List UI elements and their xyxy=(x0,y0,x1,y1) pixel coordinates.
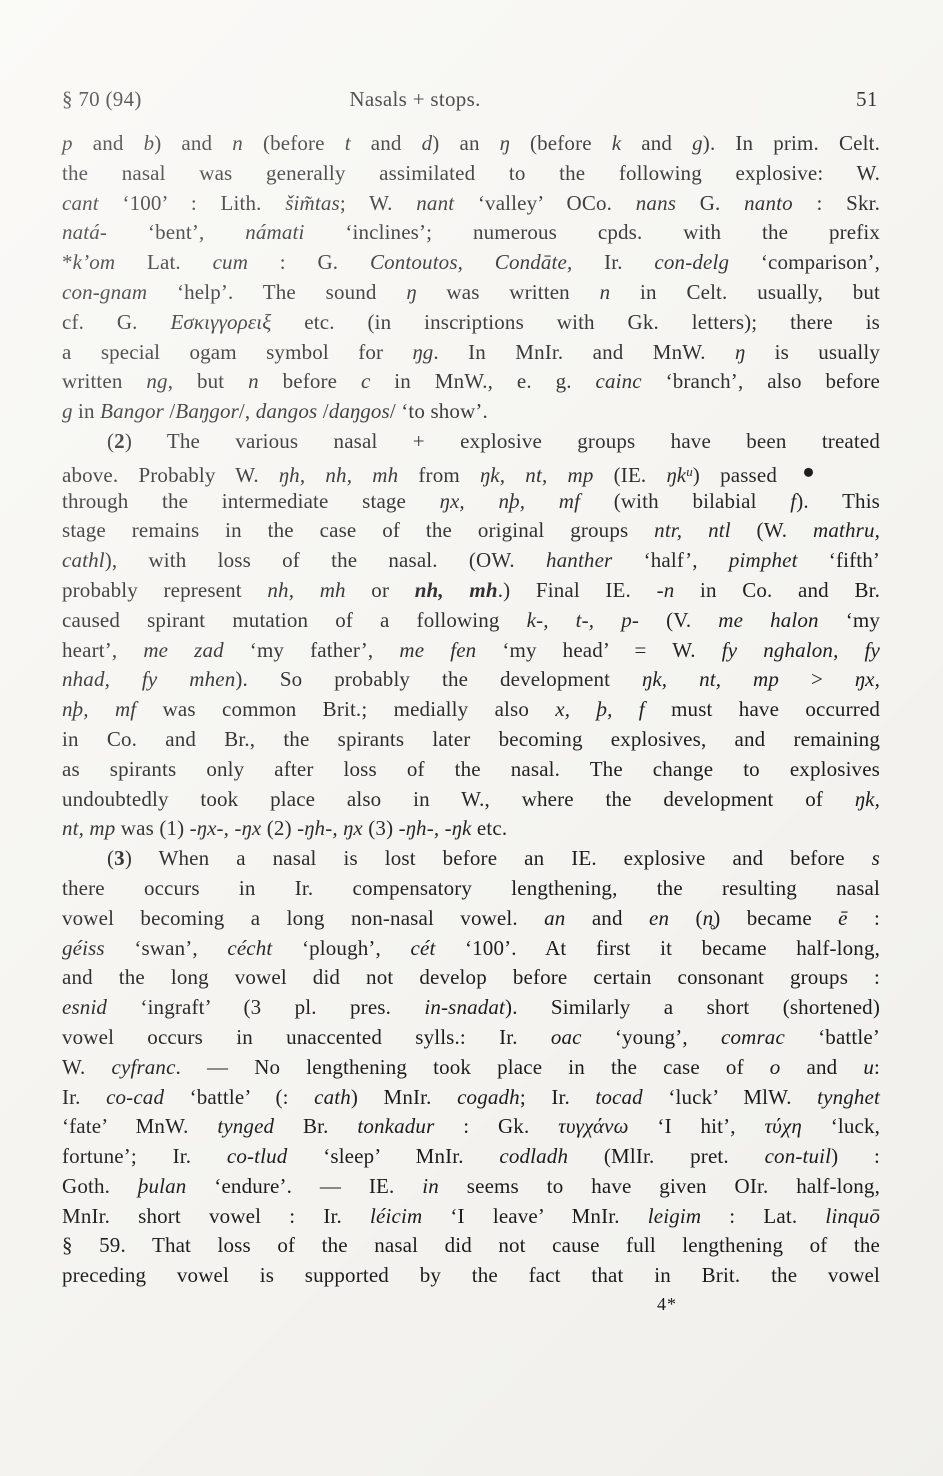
text-line: preceding vowel is supported by the fact… xyxy=(62,1261,880,1291)
text-run: ‘inclines’; numerous cpds. with the pref… xyxy=(304,220,880,244)
text-run: nþ, mf xyxy=(62,697,136,721)
text-line: as spirants only after loss of the nasal… xyxy=(62,755,880,785)
text-run: there occurs in Ir. compensatory lengthe… xyxy=(62,876,880,900)
text-line: Ir. co-cad ‘battle’ (: cath) MnIr. cogad… xyxy=(62,1083,880,1113)
text-line: *k’om Lat. cum : G. Contoutos, Condāte, … xyxy=(62,248,880,278)
text-run: pimphet xyxy=(729,548,798,572)
text-run: in Celt. usually, but xyxy=(610,280,880,304)
text-run: vowel becoming a long non-nasal vowel. xyxy=(62,906,544,930)
text-run: Baŋgor xyxy=(175,399,239,423)
text-run: . — No lengthening took place in the cas… xyxy=(176,1055,770,1079)
text-run: in Co. and Br., the spirants later becom… xyxy=(62,727,880,751)
text-run: ‘battle’ (: xyxy=(164,1085,314,1109)
text-run: and xyxy=(73,131,144,155)
text-run: (W. xyxy=(731,518,813,542)
text-run: and xyxy=(565,906,649,930)
text-run: con-gnam xyxy=(62,280,147,304)
text-run: ‘luck, xyxy=(802,1114,880,1138)
text-run: Ir. xyxy=(572,250,654,274)
text-run: and xyxy=(351,131,422,155)
text-run: / xyxy=(317,399,328,423)
text-run: : Gk. xyxy=(434,1114,558,1138)
text-run: x, þ, f xyxy=(555,697,644,721)
text-run: ŋk, nt, mp xyxy=(480,463,593,487)
text-run: c xyxy=(361,369,370,393)
text-run: hanther xyxy=(546,548,612,572)
text-run: fortune’; Ir. xyxy=(62,1144,227,1168)
text-run: cét xyxy=(411,936,436,960)
text-run: (2) xyxy=(261,816,297,840)
text-run: ), with loss of the nasal. (OW. xyxy=(105,548,546,572)
text-run: * xyxy=(62,250,73,274)
text-run: § 59. That loss of the nasal did not cau… xyxy=(62,1233,880,1257)
text-run: and xyxy=(621,131,692,155)
text-run: seems to have given OIr. half-long, xyxy=(439,1174,880,1198)
text-line: § 59. That loss of the nasal did not cau… xyxy=(62,1231,880,1261)
text-run: a special ogam symbol for xyxy=(62,340,412,364)
text-line: undoubtedly took place also in W., where… xyxy=(62,785,880,815)
text-run: ). Similarly a short (shortened) xyxy=(505,995,880,1019)
text-run: MnIr. short vowel : Ir. xyxy=(62,1204,370,1228)
text-line: probably represent nh, mh or nh, mh.) Fi… xyxy=(62,576,880,606)
text-run: oac xyxy=(551,1025,582,1049)
text-run: fy nghalon, fy xyxy=(722,638,880,662)
text-run: cécht xyxy=(227,936,272,960)
text-run: ŋk, nt, mp xyxy=(642,667,779,691)
text-run: ; Ir. xyxy=(520,1085,596,1109)
text-run: mathru, xyxy=(813,518,880,542)
text-run: con-delg xyxy=(654,250,729,274)
text-run: ). This xyxy=(796,489,880,513)
text-run: from xyxy=(398,463,480,487)
text-line: esnid ‘ingraft’ (3 pl. pres. in-snadat).… xyxy=(62,993,880,1023)
paragraph: p and b) and n (before t and d) an ŋ (be… xyxy=(62,129,880,427)
text-run: natá- xyxy=(62,220,107,244)
text-run: con-tuil xyxy=(765,1144,832,1168)
text-line: g in Bangor /Baŋgor/, dangos /daŋgos/ ‘t… xyxy=(62,397,880,427)
text-run: námati xyxy=(245,220,304,244)
text-run: d xyxy=(422,131,433,155)
text-run: ‘valley’ OCo. xyxy=(454,191,636,215)
text-run: nh, mh xyxy=(415,578,498,602)
text-run: n xyxy=(248,369,259,393)
text-run: cogadh xyxy=(457,1085,520,1109)
text-run: τύχη xyxy=(764,1114,801,1138)
text-run: ‘bent’, xyxy=(107,220,245,244)
text-run: probably represent xyxy=(62,578,267,602)
text-line: written ng, but n before c in MnW., e. g… xyxy=(62,367,880,397)
text-run: daŋgos xyxy=(329,399,390,423)
text-line: con-gnam ‘help’. The sound ŋ was written… xyxy=(62,278,880,308)
text-run: k’om xyxy=(73,250,116,274)
text-run: tocad xyxy=(595,1085,642,1109)
text-run: k xyxy=(612,131,621,155)
text-line: ‘fate’ MnW. tynged Br. tonkadur : Gk. τυ… xyxy=(62,1112,880,1142)
text-run: / xyxy=(164,399,175,423)
margin-dot xyxy=(804,468,813,477)
text-run: ‘my xyxy=(819,608,880,632)
text-run: þulan xyxy=(138,1174,187,1198)
text-run: vowel occurs in unaccented sylls.: Ir. xyxy=(62,1025,551,1049)
text-run: ‘plough’, xyxy=(272,936,410,960)
text-run: ‘my head’ = W. xyxy=(476,638,721,662)
text-run: ‘fate’ MnW. xyxy=(62,1114,217,1138)
text-run: 2 xyxy=(114,429,125,453)
text-run: : xyxy=(874,1055,880,1079)
text-line: in Co. and Br., the spirants later becom… xyxy=(62,725,880,755)
text-run: in xyxy=(73,399,100,423)
text-run: ŋg xyxy=(412,340,433,364)
text-run: was written xyxy=(417,280,600,304)
text-run: ) passed xyxy=(693,463,777,487)
page-number: 51 xyxy=(856,84,878,114)
text-run: n xyxy=(600,280,611,304)
text-run: ) When a nasal is lost before an IE. exp… xyxy=(125,846,872,870)
text-run: me fen xyxy=(399,638,476,662)
text-run: šim̃tas xyxy=(285,191,340,215)
text-block: p and b) and n (before t and d) an ŋ (be… xyxy=(62,129,880,1291)
text-run: ‘100’ : Lith. xyxy=(99,191,285,215)
text-run: ‘help’. The sound xyxy=(147,280,406,304)
text-run: ) MnIr. xyxy=(351,1085,457,1109)
text-run: ŋx, nþ, mf xyxy=(440,489,580,513)
text-run: ‘comparison’, xyxy=(729,250,880,274)
page-header: § 70 (94) Nasals + stops. 51 xyxy=(62,84,880,114)
text-run: géiss xyxy=(62,936,105,960)
text-run: tonkadur xyxy=(357,1114,434,1138)
text-run: ‘fifth’ xyxy=(798,548,880,572)
text-run: ‘half’, xyxy=(612,548,729,572)
text-line: fortune’; Ir. co-tlud ‘sleep’ MnIr. codl… xyxy=(62,1142,880,1172)
text-run: undoubtedly took place also in W., where… xyxy=(62,787,855,811)
text-run: stage remains in the case of the origina… xyxy=(62,518,654,542)
text-run: in Co. and Br. xyxy=(674,578,880,602)
text-run: linquō xyxy=(825,1204,880,1228)
text-line: Goth. þulan ‘endure’. — IE. in seems to … xyxy=(62,1172,880,1202)
text-run: léicim xyxy=(370,1204,422,1228)
paragraph: (3) When a nasal is lost before an IE. e… xyxy=(62,844,880,1291)
text-line: (2) The various nasal + explosive groups… xyxy=(62,427,880,457)
text-run: : Lat. xyxy=(701,1204,825,1228)
text-run: dangos xyxy=(256,399,318,423)
text-run: (before xyxy=(510,131,612,155)
text-run: cathl xyxy=(62,548,105,572)
text-run: g xyxy=(62,399,73,423)
text-run: above. Probably W. xyxy=(62,463,279,487)
text-run: caused spirant mutation of a following xyxy=(62,608,527,632)
text-run: (before xyxy=(243,131,345,155)
text-run: n xyxy=(232,131,243,155)
text-run: -ŋh-, -ŋk xyxy=(399,816,472,840)
text-run: -ŋx-, -ŋx xyxy=(190,816,262,840)
text-run: ‘I hit’, xyxy=(629,1114,765,1138)
text-run: nant xyxy=(416,191,454,215)
text-run: in-snadat xyxy=(424,995,505,1019)
text-run: an xyxy=(544,906,565,930)
text-run: is usually xyxy=(745,340,880,364)
text-run: heart’, xyxy=(62,638,143,662)
text-run: ŋ xyxy=(500,131,510,155)
text-run: esnid xyxy=(62,995,107,1019)
text-run: (with bilabial xyxy=(580,489,790,513)
text-run: G. xyxy=(676,191,744,215)
text-run: co-tlud xyxy=(227,1144,288,1168)
text-run: ŋx, xyxy=(855,667,880,691)
text-line: caused spirant mutation of a following k… xyxy=(62,606,880,636)
text-line: and the long vowel did not develop befor… xyxy=(62,963,880,993)
text-run: (MlIr. pret. xyxy=(568,1144,764,1168)
text-run: and the long vowel did not develop befor… xyxy=(62,965,880,989)
text-run: tynghet xyxy=(817,1085,880,1109)
paragraph: (2) The various nasal + explosive groups… xyxy=(62,427,880,844)
text-run: leigim xyxy=(648,1204,701,1228)
text-run: as spirants only after loss of the nasal… xyxy=(62,757,880,781)
text-run: must have occurred xyxy=(645,697,880,721)
text-run: written xyxy=(62,369,146,393)
text-run: Εσκιγγορειξ xyxy=(170,310,271,334)
text-run: Bangor xyxy=(100,399,164,423)
text-run: ‘I leave’ MnIr. xyxy=(422,1204,648,1228)
text-run: : xyxy=(848,906,880,930)
text-run: cainc xyxy=(596,369,642,393)
text-run: ) : xyxy=(831,1144,880,1168)
text-run: ŋk, xyxy=(855,787,880,811)
text-run: cath xyxy=(314,1085,351,1109)
text-run: ŋk xyxy=(667,463,687,487)
text-run: s xyxy=(872,846,880,870)
text-run: o xyxy=(770,1055,781,1079)
text-run: nh, mh xyxy=(267,578,345,602)
text-run: . In MnIr. and MnW. xyxy=(433,340,735,364)
text-run: ‘swan’, xyxy=(105,936,228,960)
text-run: and xyxy=(780,1055,863,1079)
text-run: W. xyxy=(62,1055,112,1079)
book-page: § 70 (94) Nasals + stops. 51 p and b) an… xyxy=(0,0,943,1476)
signature-mark: 4* xyxy=(657,1294,677,1315)
text-run: -n xyxy=(657,578,675,602)
text-line: cf. G. Εσκιγγορειξ etc. (in inscriptions… xyxy=(62,308,880,338)
text-run: tynged xyxy=(217,1114,274,1138)
text-run: Goth. xyxy=(62,1174,138,1198)
text-run: ) and xyxy=(154,131,232,155)
text-run: ) The various nasal + explosive groups h… xyxy=(125,429,880,453)
text-run: Ir. xyxy=(62,1085,106,1109)
text-run: ‘sleep’ MnIr. xyxy=(287,1144,499,1168)
text-line: there occurs in Ir. compensatory lengthe… xyxy=(62,874,880,904)
text-line: géiss ‘swan’, cécht ‘plough’, cét ‘100’.… xyxy=(62,934,880,964)
text-run: (3) xyxy=(363,816,399,840)
text-line: p and b) and n (before t and d) an ŋ (be… xyxy=(62,129,880,159)
text-run: etc. xyxy=(472,816,508,840)
text-run: me halon xyxy=(718,608,818,632)
text-run: / ‘to show’. xyxy=(390,399,488,423)
text-line: through the intermediate stage ŋx, nþ, m… xyxy=(62,487,880,517)
text-line: (3) When a nasal is lost before an IE. e… xyxy=(62,844,880,874)
running-title: Nasals + stops. xyxy=(62,84,768,114)
text-run: ‘my father’, xyxy=(224,638,400,662)
text-line: above. Probably W. ŋh, nh, mh from ŋk, n… xyxy=(62,457,777,487)
text-line: W. cyfranc. — No lengthening took place … xyxy=(62,1053,880,1083)
text-line: a special ogam symbol for ŋg. In MnIr. a… xyxy=(62,338,880,368)
text-run: in xyxy=(422,1174,439,1198)
text-run: g xyxy=(692,131,703,155)
text-run: nhad, fy mhen xyxy=(62,667,235,691)
text-run: > xyxy=(779,667,855,691)
text-run: ng xyxy=(146,369,167,393)
text-run: codladh xyxy=(499,1144,568,1168)
text-run: .) Final IE. xyxy=(498,578,657,602)
text-run: ). In prim. Celt. xyxy=(703,131,880,155)
text-line: cathl), with loss of the nasal. (OW. han… xyxy=(62,546,880,576)
text-run: Lat. xyxy=(115,250,212,274)
text-line: vowel occurs in unaccented sylls.: Ir. o… xyxy=(62,1023,880,1053)
text-run: p xyxy=(62,131,73,155)
text-line: cant ‘100’ : Lith. šim̃tas; W. nant ‘val… xyxy=(62,189,880,219)
text-run: cyfranc xyxy=(112,1055,176,1079)
text-run: ntr, ntl xyxy=(654,518,731,542)
text-run: (IE. xyxy=(593,463,666,487)
text-run: ‘branch’, also before xyxy=(642,369,880,393)
text-run: ŋ xyxy=(406,280,416,304)
text-run: nans xyxy=(636,191,676,215)
text-run: cant xyxy=(62,191,99,215)
text-run: 3 xyxy=(114,846,125,870)
text-run: nt, mp xyxy=(62,816,115,840)
text-run: through the intermediate stage xyxy=(62,489,440,513)
text-run: Contoutos, Condāte, xyxy=(370,250,572,274)
text-line: MnIr. short vowel : Ir. léicim ‘I leave’… xyxy=(62,1202,880,1232)
text-run: nanto xyxy=(744,191,793,215)
text-run: -ŋh-, ŋx xyxy=(297,816,363,840)
text-run: ‘endure’. — IE. xyxy=(186,1174,422,1198)
text-run: k-, t-, p- xyxy=(527,608,639,632)
text-line: natá- ‘bent’, námati ‘inclines’; numerou… xyxy=(62,218,880,248)
text-run: : Skr. xyxy=(793,191,880,215)
text-run: ‘young’, xyxy=(582,1025,721,1049)
text-run: cf. G. xyxy=(62,310,170,334)
text-run: : G. xyxy=(248,250,370,274)
text-run: ‘battle’ xyxy=(785,1025,880,1049)
text-run: ; W. xyxy=(340,191,416,215)
text-line: the nasal was generally assimilated to t… xyxy=(62,159,880,189)
text-line: heart’, me zad ‘my father’, me fen ‘my h… xyxy=(62,636,880,666)
text-line: nt, mp was (1) -ŋx-, -ŋx (2) -ŋh-, ŋx (3… xyxy=(62,814,880,844)
text-run: the nasal was generally assimilated to t… xyxy=(62,161,880,185)
text-run: ) became xyxy=(713,906,838,930)
text-run: ‘luck’ MlW. xyxy=(643,1085,817,1109)
text-line: nhad, fy mhen). So probably the developm… xyxy=(62,665,880,695)
text-run: comrac xyxy=(721,1025,785,1049)
text-run: u xyxy=(863,1055,874,1079)
text-run: cum xyxy=(213,250,248,274)
text-run: , but xyxy=(168,369,248,393)
text-run: ‘100’. At first it became half-long, xyxy=(435,936,880,960)
text-run: was (1) xyxy=(115,816,189,840)
text-run: ( xyxy=(669,906,703,930)
text-line: vowel becoming a long non-nasal vowel. a… xyxy=(62,904,880,934)
text-run: ŋh, nh, mh xyxy=(279,463,398,487)
text-run: Br. xyxy=(274,1114,357,1138)
text-run: en xyxy=(649,906,669,930)
text-run: b xyxy=(144,131,155,155)
text-run: /, xyxy=(239,399,256,423)
text-run: ŋ xyxy=(735,340,745,364)
text-run: in MnW., e. g. xyxy=(370,369,595,393)
text-run: ) an xyxy=(432,131,499,155)
text-run: preceding vowel is supported by the fact… xyxy=(62,1263,880,1287)
text-run: ). So probably the development xyxy=(235,667,642,691)
text-run: etc. (in inscriptions with Gk. letters);… xyxy=(271,310,880,334)
text-run: was common Brit.; medially also xyxy=(136,697,555,721)
text-run: n̥ xyxy=(703,906,714,930)
text-line: stage remains in the case of the origina… xyxy=(62,516,880,546)
text-line: nþ, mf was common Brit.; medially also x… xyxy=(62,695,880,725)
text-run: me zad xyxy=(143,638,223,662)
text-run: τυγχάνω xyxy=(558,1114,628,1138)
text-run: ‘ingraft’ (3 pl. pres. xyxy=(107,995,424,1019)
text-run: ē xyxy=(838,906,847,930)
text-run: or xyxy=(346,578,415,602)
text-run: before xyxy=(259,369,361,393)
text-run: (V. xyxy=(639,608,718,632)
text-run: co-cad xyxy=(106,1085,164,1109)
